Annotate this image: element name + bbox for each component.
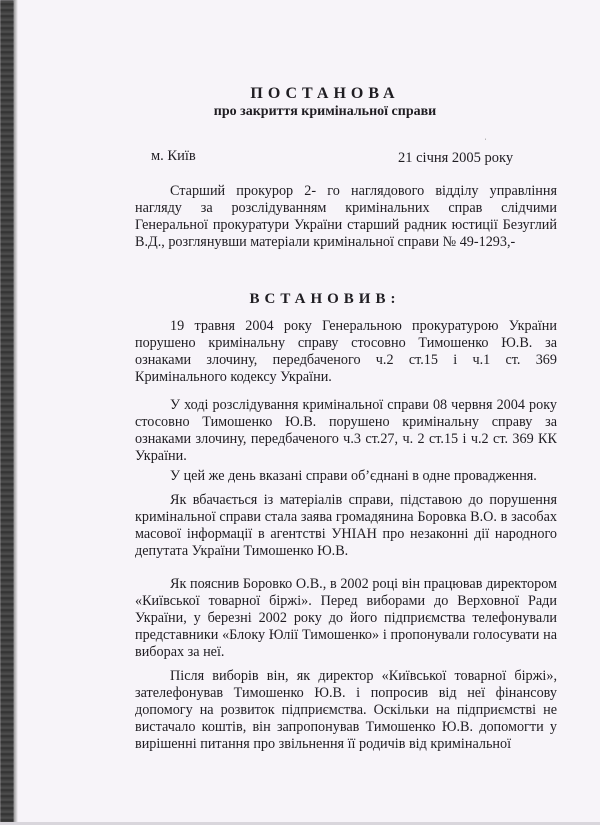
paragraph-4: Як вбачається із матеріалів справи, підс… [135,492,557,560]
pen-mark: ˈ [484,137,487,147]
binding-shadow [14,0,18,825]
paragraph-1: 19 травня 2004 року Генеральною прокурат… [135,318,557,386]
document-city: м. Київ [151,148,196,165]
paragraph-3: У цей же день вказані справи об’єднані в… [135,468,557,485]
paragraph-2: У ході розслідування кримінальної справи… [135,397,557,465]
paragraph-6: Після виборів він, як директор «Київсько… [135,668,557,753]
section-heading: ВСТАНОВИВ: [0,291,600,308]
document-date: 21 січня 2005 року [398,150,513,167]
intro-paragraph: Старший прокурор 2- го наглядового відді… [135,183,557,251]
binding-edge [0,0,14,825]
paragraph-5: Як пояснив Боровко О.В., в 2002 році він… [135,576,557,661]
document-title: ПОСТАНОВА [0,85,600,103]
document-page: ПОСТАНОВА про закриття кримінальної спра… [0,0,600,825]
document-subtitle: про закриття кримінальної справи [0,104,600,120]
